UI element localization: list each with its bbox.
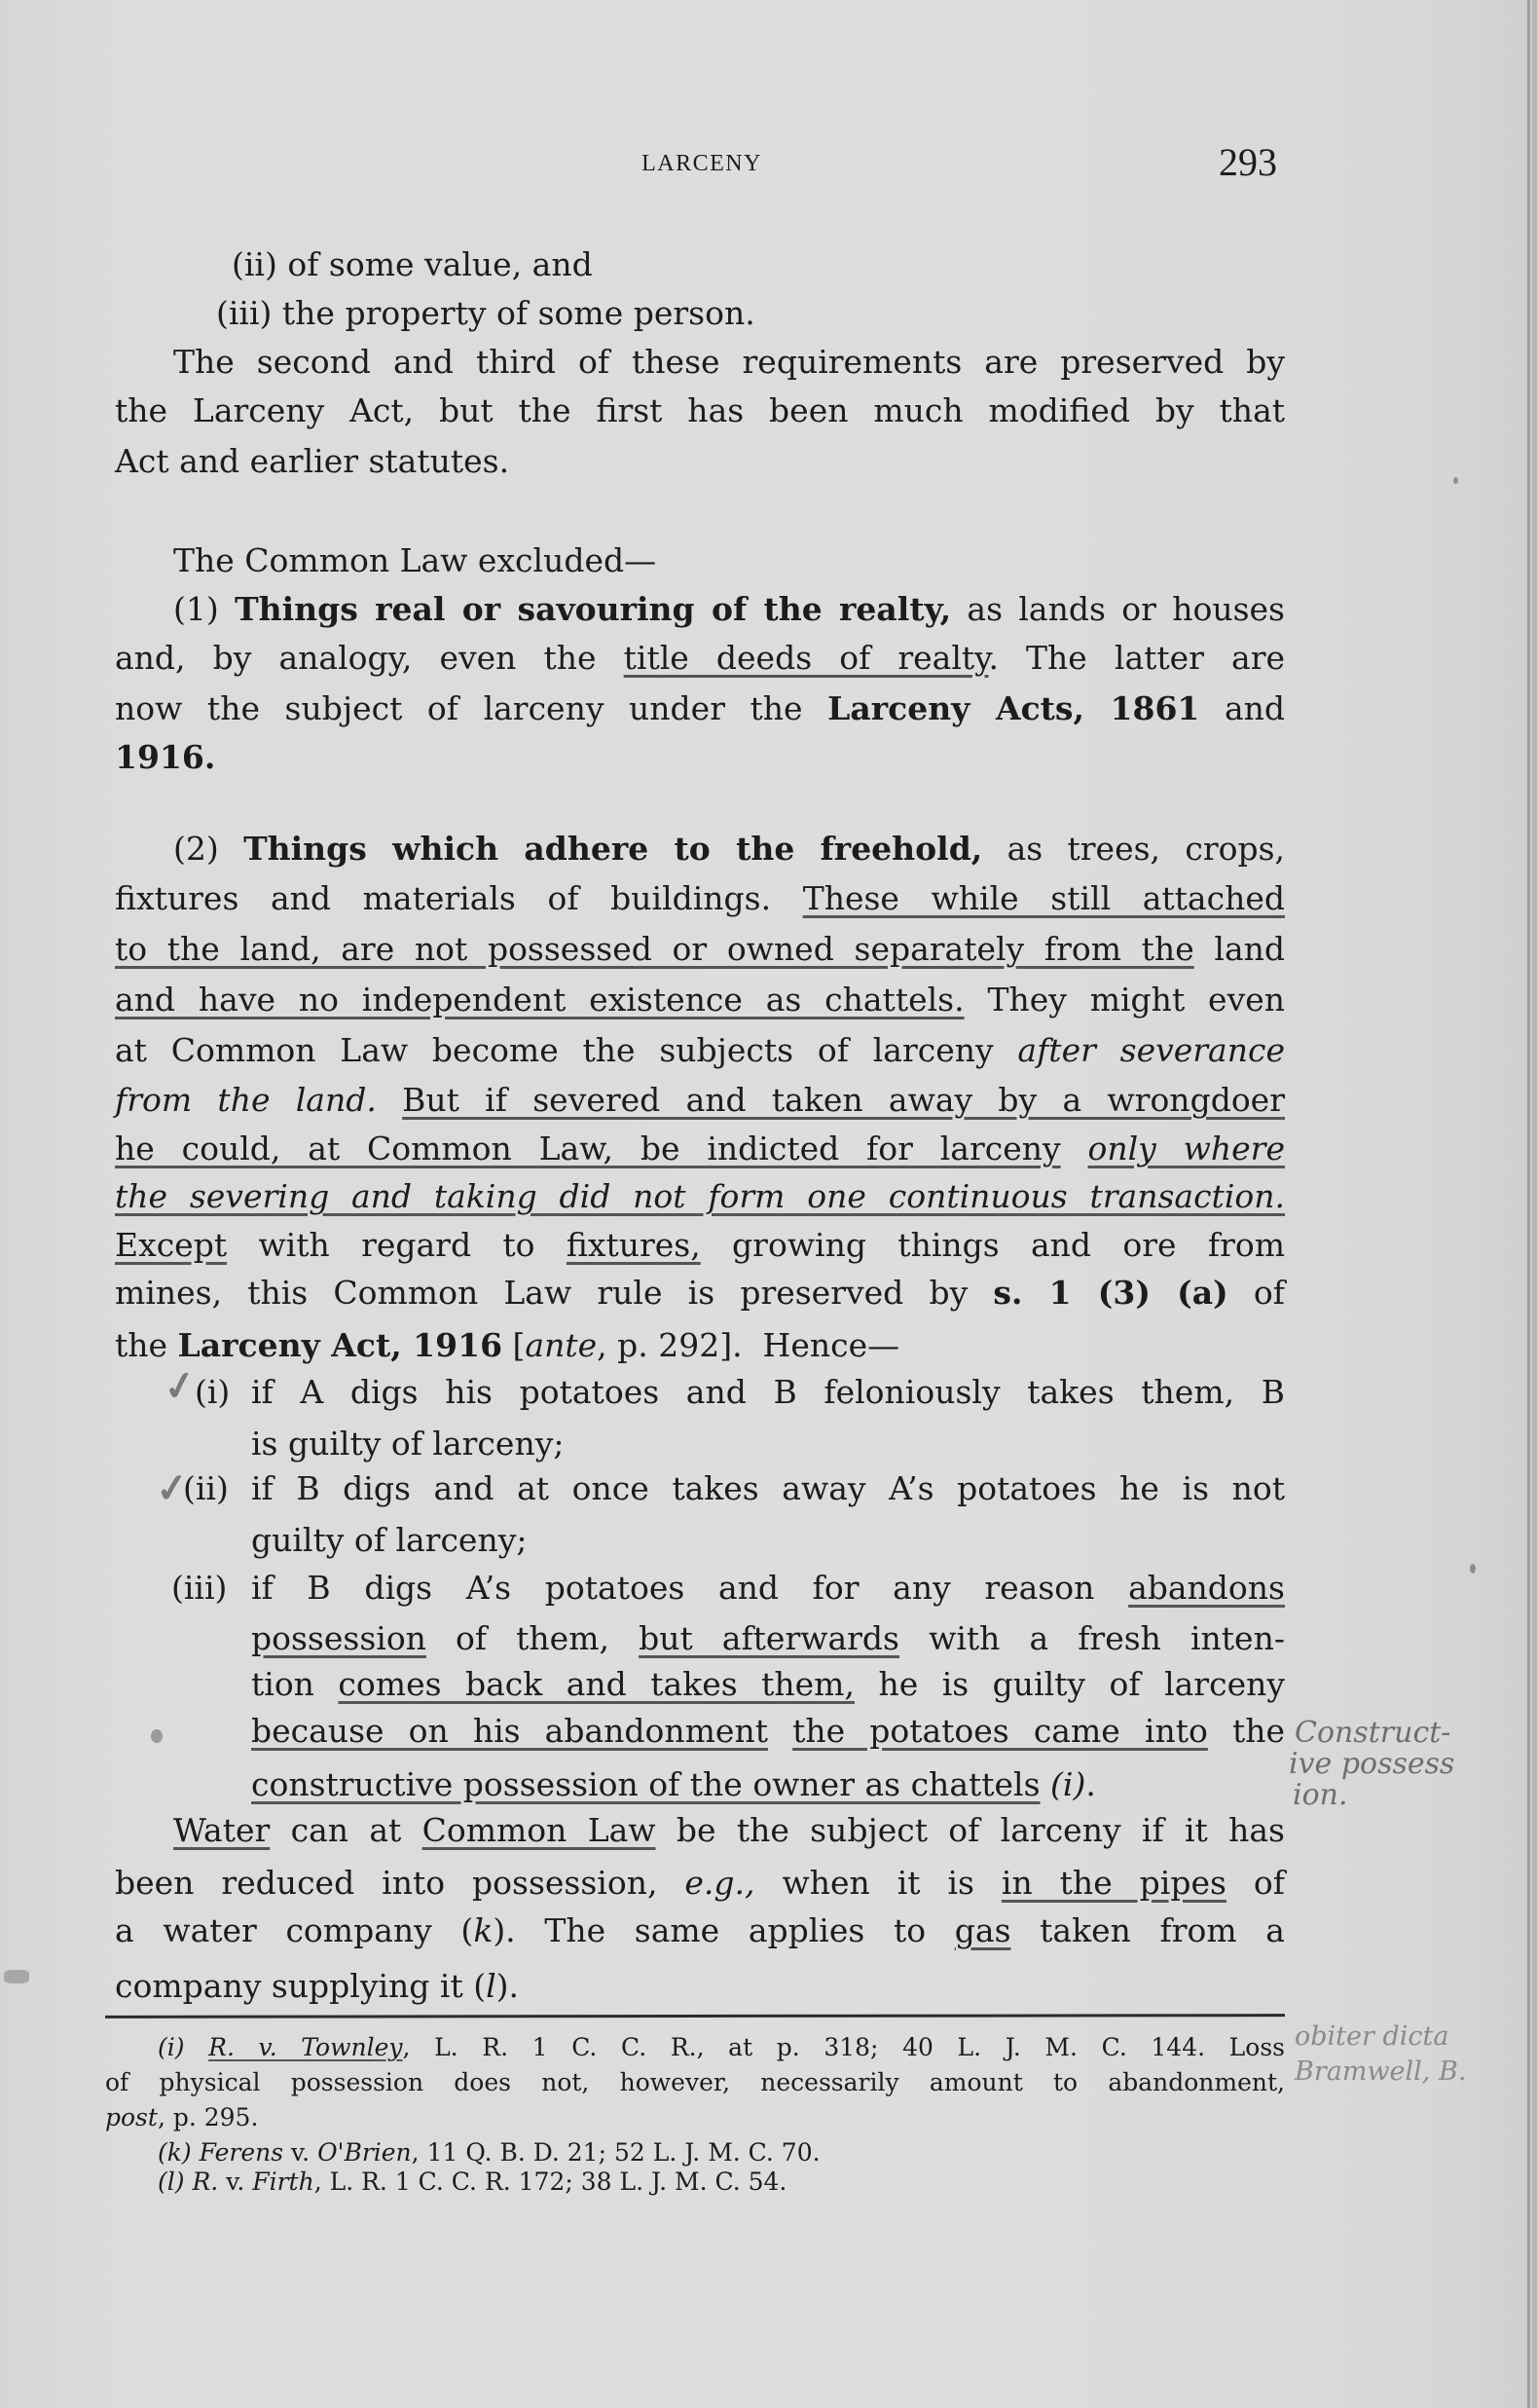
party-name: Firth bbox=[252, 2167, 313, 2196]
item1-line4: 1916. bbox=[115, 738, 1285, 777]
case-label: (i) bbox=[195, 1373, 253, 1412]
item2-line8: the severing and taking did not form one… bbox=[115, 1177, 1285, 1216]
text: if B digs A’s potatoes and for any reaso… bbox=[251, 1569, 1094, 1607]
underlined-text: fixtures, bbox=[567, 1226, 701, 1264]
citation: , p. 295. bbox=[158, 2103, 258, 2131]
text: been reduced into possession, bbox=[115, 1864, 657, 1902]
handwriting-line: Bramwell, B. bbox=[1295, 2055, 1466, 2090]
bracket: [ bbox=[513, 1326, 526, 1364]
italic-text: from the land. bbox=[115, 1081, 377, 1119]
handwriting-line: ion. bbox=[1293, 1780, 1454, 1811]
text: of bbox=[1254, 1864, 1285, 1902]
footnote-marker: (l) bbox=[158, 2167, 185, 2196]
cross-reference: [ante, p. 292]. bbox=[513, 1326, 743, 1364]
text: the bbox=[1232, 1712, 1285, 1750]
underlined-text: Water bbox=[173, 1811, 270, 1849]
running-header-title: LARCENY bbox=[623, 151, 781, 177]
footnote-separator bbox=[105, 2014, 1285, 2019]
italic-text: e.g., bbox=[684, 1864, 754, 1902]
underlined-text: he could, at Common Law, be indicted for… bbox=[115, 1130, 1061, 1167]
statute-name: Larceny Acts, 1861 bbox=[827, 689, 1199, 727]
list-label: (ii) bbox=[232, 245, 277, 283]
margin-note-obiter-dicta: obiter dicta Bramwell, B. bbox=[1295, 2019, 1466, 2090]
underlined-text: but afterwards bbox=[639, 1619, 899, 1657]
text: , p. 292]. bbox=[597, 1326, 742, 1364]
text: tion bbox=[251, 1665, 314, 1703]
item1-line2: and, by analogy, even the title deeds of… bbox=[115, 639, 1285, 678]
item2-line11: the Larceny Act, 1916 [ante, p. 292]. He… bbox=[115, 1326, 1285, 1365]
text: the bbox=[115, 1326, 167, 1364]
item2-line6: from the land. But if severed and taken … bbox=[115, 1081, 1285, 1120]
footnote-marker: (k) bbox=[158, 2138, 192, 2167]
text: and bbox=[1225, 689, 1285, 727]
item2-line2: fixtures and materials of buildings. The… bbox=[115, 879, 1285, 918]
item2-line3: to the land, are not possessed or owned … bbox=[115, 930, 1285, 969]
footnote-i-line3: post, p. 295. bbox=[105, 2103, 1285, 2132]
party-name: O'Brien bbox=[317, 2138, 412, 2167]
text: at Common Law become the subjects of lar… bbox=[115, 1031, 994, 1069]
footnote-i-line1: (i) R. v. Townley, L. R. 1 C. C. R., at … bbox=[158, 2033, 1285, 2062]
case-line: if B digs and at once takes away A’s pot… bbox=[251, 1469, 1285, 1508]
item-label: (1) bbox=[173, 590, 219, 628]
handwriting-line: Construct- bbox=[1295, 1718, 1454, 1749]
text: taken from a bbox=[1040, 1911, 1285, 1949]
water-line1: Water can at Common Law be the subject o… bbox=[173, 1811, 1285, 1850]
item2-line5: at Common Law become the subjects of lar… bbox=[115, 1031, 1285, 1070]
underlined-text: Except bbox=[115, 1226, 227, 1264]
margin-note-constructive-possession: Construct- ive possess ion. bbox=[1295, 1718, 1454, 1811]
text: . The latter are bbox=[988, 639, 1285, 677]
case-line: if B digs A’s potatoes and for any reaso… bbox=[251, 1569, 1285, 1608]
text: ). bbox=[496, 1967, 519, 2005]
list-item: (ii) of some value, and bbox=[232, 245, 1402, 284]
item-heading: Things which adhere to the freehold, bbox=[243, 830, 982, 868]
water-line2: been reduced into possession, e.g., when… bbox=[115, 1864, 1285, 1903]
item2-line4: and have no independent existence as cha… bbox=[115, 981, 1285, 1019]
underlined-text: and have no independent existence as cha… bbox=[115, 981, 965, 1019]
list-label: (iii) bbox=[216, 294, 272, 332]
list-item: (iii) the property of some person. bbox=[216, 294, 1386, 333]
underlined-italic-text: only where bbox=[1088, 1130, 1285, 1167]
statute-name: Larceny Act, 1916 bbox=[178, 1326, 502, 1364]
text: and, by analogy, even the bbox=[115, 639, 597, 677]
list-text: the property of some person. bbox=[282, 294, 755, 332]
text: of bbox=[1254, 1274, 1285, 1312]
underlined-text: title deeds of realty bbox=[624, 639, 989, 677]
statute-section: s. 1 (3) (a) bbox=[993, 1274, 1227, 1312]
citation: , L. R. 1 C. C. R. 172; 38 L. J. M. C. 5… bbox=[314, 2167, 787, 2196]
paragraph-line: The second and third of these requiremen… bbox=[173, 343, 1285, 382]
item1-line3: now the subject of larceny under the Lar… bbox=[115, 689, 1285, 728]
underlined-text: in the pipes bbox=[1002, 1864, 1226, 1902]
case-line: is guilty of larceny; bbox=[251, 1425, 1285, 1463]
text: company supplying it ( bbox=[115, 1967, 486, 2005]
text: be the subject of larceny if it has bbox=[677, 1811, 1285, 1849]
text: when it is bbox=[782, 1864, 973, 1902]
text: a water company ( bbox=[115, 1911, 473, 1949]
italic-text: ante bbox=[525, 1326, 597, 1364]
item2-line7: he could, at Common Law, be indicted for… bbox=[115, 1130, 1285, 1168]
italic-text: post bbox=[105, 2103, 158, 2131]
text: Hence— bbox=[763, 1326, 900, 1364]
footnote-ref-i[interactable]: (i) bbox=[1050, 1765, 1085, 1803]
case-line: constructive possession of the owner as … bbox=[251, 1765, 1285, 1804]
text: growing things and ore from bbox=[732, 1226, 1285, 1264]
text: with a fresh inten- bbox=[929, 1619, 1285, 1657]
water-line4: company supplying it (l). bbox=[115, 1967, 1285, 2006]
text: They might even bbox=[987, 981, 1285, 1019]
underlined-text: the potatoes came into bbox=[792, 1712, 1208, 1750]
case-line: because on his abandonment the potatoes … bbox=[251, 1712, 1285, 1751]
citation: , L. R. 1 C. C. R., at p. 318; 40 L. J. … bbox=[403, 2033, 1286, 2061]
text: land bbox=[1214, 930, 1285, 968]
underlined-text: gas bbox=[955, 1911, 1011, 1949]
text: he is guilty of larceny bbox=[878, 1665, 1285, 1703]
paper-speck bbox=[151, 1729, 163, 1743]
party-name: R. bbox=[192, 2167, 218, 2196]
underlined-text: comes back and takes them, bbox=[338, 1665, 855, 1703]
book-page: LARCENY 293 (ii) of some value, and (iii… bbox=[0, 0, 1537, 2408]
section-intro: The Common Law excluded— bbox=[173, 541, 1285, 580]
item2-line10: mines, this Common Law rule is preserved… bbox=[115, 1274, 1285, 1313]
item-label: (2) bbox=[173, 830, 219, 868]
case-label: (ii) bbox=[183, 1469, 251, 1508]
item2-line1: (2) Things which adhere to the freehold,… bbox=[173, 830, 1285, 869]
paragraph-line: the Larceny Act, but the first has been … bbox=[115, 391, 1285, 430]
text: can at bbox=[291, 1811, 402, 1849]
paragraph-line: Act and earlier statutes. bbox=[115, 442, 1285, 481]
text: mines, this Common Law rule is preserved… bbox=[115, 1274, 968, 1312]
underlined-text: constructive possession of the owner as … bbox=[251, 1765, 1041, 1803]
handwriting-line: ive possess bbox=[1289, 1749, 1454, 1780]
text: with regard to bbox=[258, 1226, 534, 1264]
case-name: R. v. Townley bbox=[208, 2033, 402, 2061]
underlined-italic-text: the severing and taking did not form one… bbox=[115, 1177, 1285, 1215]
paper-speck bbox=[4, 1970, 29, 1983]
item-heading: Things real or savouring of the realty, bbox=[235, 590, 951, 628]
italic-text: after severance bbox=[1017, 1031, 1285, 1069]
footnote-ref-l[interactable]: l bbox=[486, 1967, 496, 2005]
list-text: of some value, and bbox=[287, 245, 592, 283]
citation: , 11 Q. B. D. 21; 52 L. J. M. C. 70. bbox=[412, 2138, 821, 2167]
underlined-text: Common Law bbox=[422, 1811, 656, 1849]
underlined-text: to the land, are not possessed or owned … bbox=[115, 930, 1194, 968]
footnote-l: (l) R. v. Firth, L. R. 1 C. C. R. 172; 3… bbox=[158, 2167, 1285, 2197]
party-name: Ferens bbox=[200, 2138, 283, 2167]
case-line: guilty of larceny; bbox=[251, 1521, 1285, 1560]
footnote-marker: (i) bbox=[158, 2033, 185, 2061]
item2-line9: Except with regard to fixtures, growing … bbox=[115, 1226, 1285, 1265]
footnote-k: (k) Ferens v. O'Brien, 11 Q. B. D. 21; 5… bbox=[158, 2138, 1285, 2167]
case-line: possession of them, but afterwards with … bbox=[251, 1619, 1285, 1658]
underlined-text: possession bbox=[251, 1619, 426, 1657]
case-line: if A digs his potatoes and B feloniously… bbox=[251, 1373, 1285, 1412]
paper-speck bbox=[1453, 477, 1458, 484]
item1-line1: (1) Things real or savouring of the real… bbox=[173, 590, 1285, 629]
text: . bbox=[1085, 1765, 1096, 1803]
page-edge-shadow bbox=[1532, 0, 1537, 2408]
paper-speck bbox=[1470, 1564, 1476, 1574]
text: as lands or houses bbox=[967, 590, 1285, 628]
page-edge bbox=[1527, 0, 1530, 2408]
text: of them, bbox=[456, 1619, 609, 1657]
footnote-i-line2: of physical possession does not, however… bbox=[105, 2068, 1285, 2097]
underlined-text: But if severed and taken away by a wrong… bbox=[402, 1081, 1285, 1119]
handwriting-line: obiter dicta bbox=[1295, 2019, 1466, 2055]
text: v. bbox=[226, 2167, 244, 2196]
text: fixtures and materials of buildings. bbox=[115, 879, 771, 917]
underlined-text: because on his abandonment bbox=[251, 1712, 768, 1750]
water-line3: a water company (k). The same applies to… bbox=[115, 1911, 1285, 1950]
text: ). The same applies to bbox=[493, 1911, 926, 1949]
underlined-text: abandons bbox=[1128, 1569, 1285, 1607]
text: now the subject of larceny under the bbox=[115, 689, 803, 727]
page-number: 293 bbox=[1219, 139, 1277, 185]
footnote-ref-k[interactable]: k bbox=[473, 1911, 493, 1949]
case-line: tion comes back and takes them, he is gu… bbox=[251, 1665, 1285, 1704]
text: v. bbox=[291, 2138, 310, 2167]
case-label: (iii) bbox=[171, 1569, 249, 1608]
text: as trees, crops, bbox=[1007, 830, 1285, 868]
underlined-text: These while still attached bbox=[803, 879, 1285, 917]
